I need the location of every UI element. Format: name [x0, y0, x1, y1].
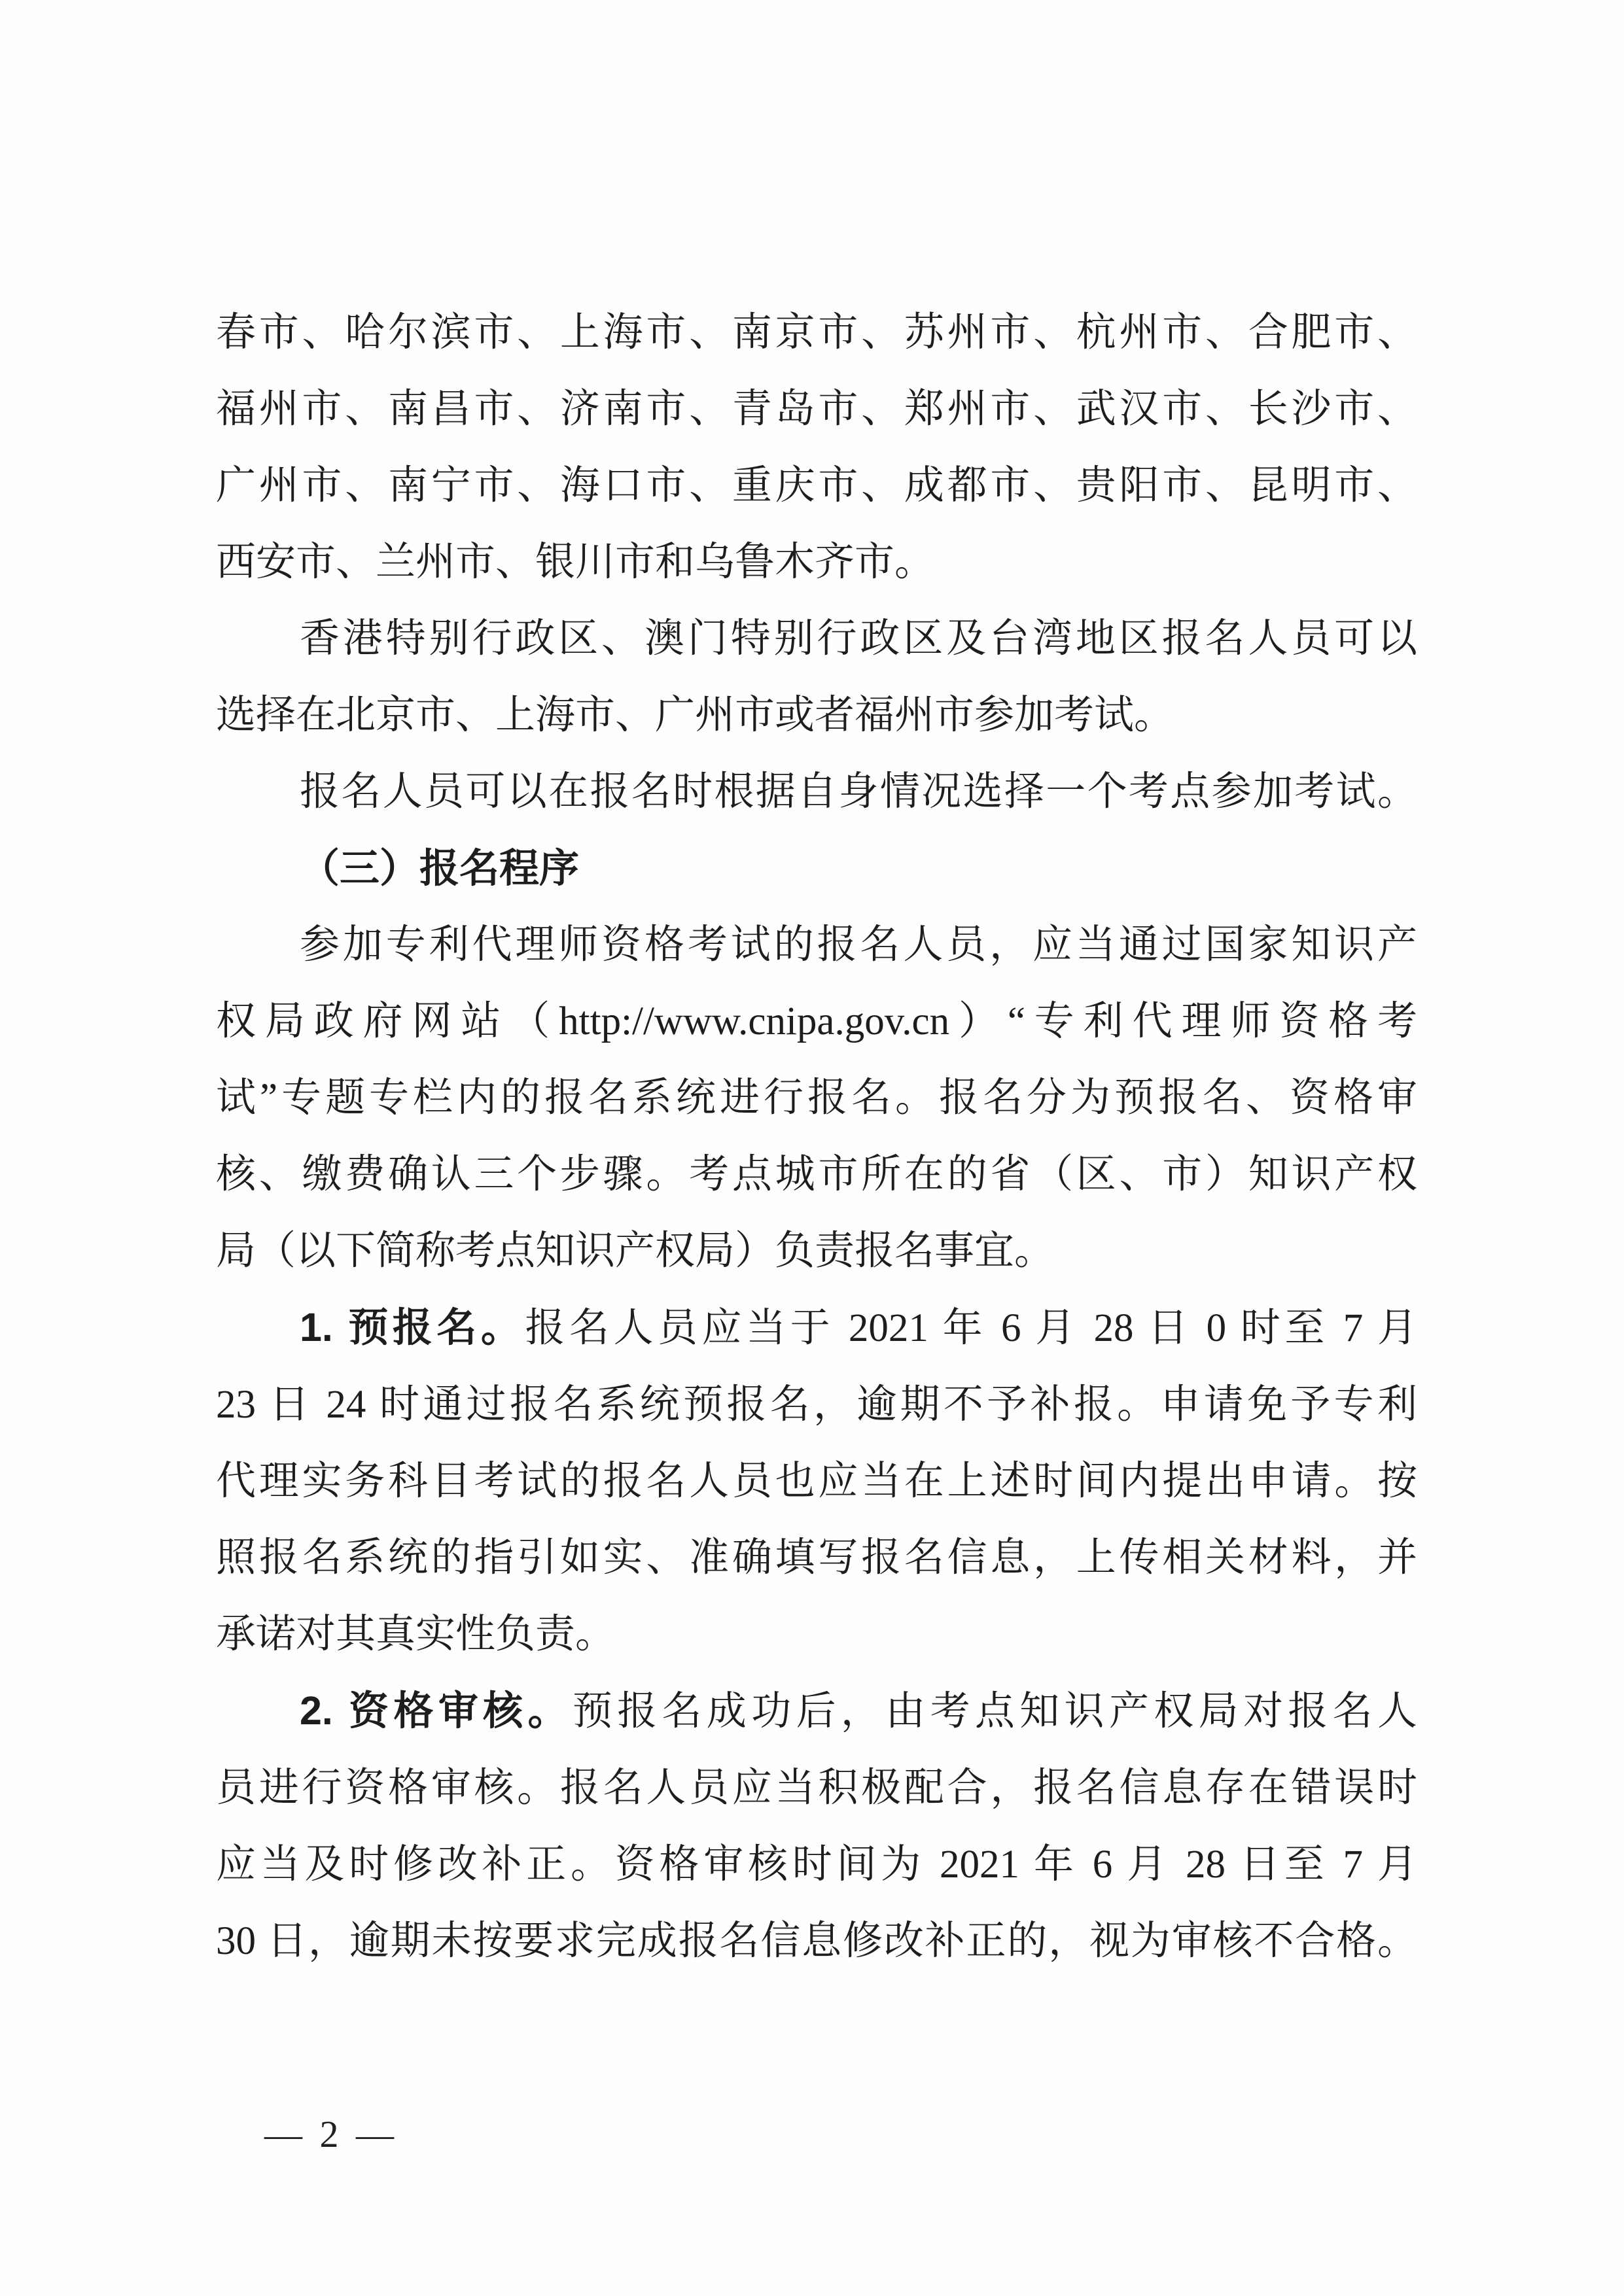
body-line: 承诺对其真实性负责。 [216, 1596, 1417, 1673]
body-line: 照报名系统的指引如实、准确填写报名信息，上传相关材料，并 [216, 1520, 1417, 1596]
document-body: 春市、哈尔滨市、上海市、南京市、苏州市、杭州市、合肥市、 福州市、南昌市、济南市… [216, 294, 1417, 1979]
body-line: 春市、哈尔滨市、上海市、南京市、苏州市、杭州市、合肥市、 [216, 294, 1417, 371]
body-line: 参加专利代理师资格考试的报名人员，应当通过国家知识产 [216, 907, 1417, 983]
document-page: 春市、哈尔滨市、上海市、南京市、苏州市、杭州市、合肥市、 福州市、南昌市、济南市… [0, 0, 1624, 2296]
body-line: 西安市、兰州市、银川市和乌鲁木齐市。 [216, 524, 1417, 600]
step-number-label: 1. 预报名。 [300, 1305, 525, 1349]
body-line: 试”专题专栏内的报名系统进行报名。报名分为预报名、资格审 [216, 1060, 1417, 1136]
line-text: 报名人员应当于 2021 年 6 月 28 日 0 时至 7 月 [525, 1306, 1417, 1350]
section-heading: （三）报名程序 [216, 830, 1417, 907]
body-line: 香港特别行政区、澳门特别行政区及台湾地区报名人员可以 [216, 600, 1417, 677]
step-number-label: 2. 资格审核。 [300, 1688, 573, 1733]
body-line: 福州市、南昌市、济南市、青岛市、郑州市、武汉市、长沙市、 [216, 371, 1417, 447]
body-line: 核、缴费确认三个步骤。考点城市所在的省（区、市）知识产权 [216, 1136, 1417, 1213]
page-number: — 2 — [264, 2113, 394, 2155]
page-footer: — 2 — [264, 2113, 394, 2156]
body-line: 应当及时修改补正。资格审核时间为 2021 年 6 月 28 日至 7 月 [216, 1826, 1417, 1903]
body-line: 代理实务科目考试的报名人员也应当在上述时间内提出申请。按 [216, 1443, 1417, 1520]
body-line: 选择在北京市、上海市、广州市或者福州市参加考试。 [216, 677, 1417, 754]
body-line-url: 权局政府网站（http://www.cnipa.gov.cn）“专利代理师资格考 [216, 983, 1417, 1060]
body-line: 广州市、南宁市、海口市、重庆市、成都市、贵阳市、昆明市、 [216, 447, 1417, 524]
body-line: 报名人员可以在报名时根据自身情况选择一个考点参加考试。 [216, 754, 1417, 830]
body-line: 员进行资格审核。报名人员应当积极配合，报名信息存在错误时 [216, 1750, 1417, 1826]
body-line: 局（以下简称考点知识产权局）负责报名事宜。 [216, 1213, 1417, 1289]
body-line: 23 日 24 时通过报名系统预报名，逾期不予补报。申请免予专利 [216, 1366, 1417, 1443]
line-text: 预报名成功后，由考点知识产权局对报名人 [573, 1690, 1417, 1733]
body-line: 30 日，逾期未按要求完成报名信息修改补正的，视为审核不合格。 [216, 1903, 1417, 1979]
body-line-step-1: 1. 预报名。报名人员应当于 2021 年 6 月 28 日 0 时至 7 月 [216, 1289, 1417, 1366]
body-line-step-2: 2. 资格审核。预报名成功后，由考点知识产权局对报名人 [216, 1673, 1417, 1750]
